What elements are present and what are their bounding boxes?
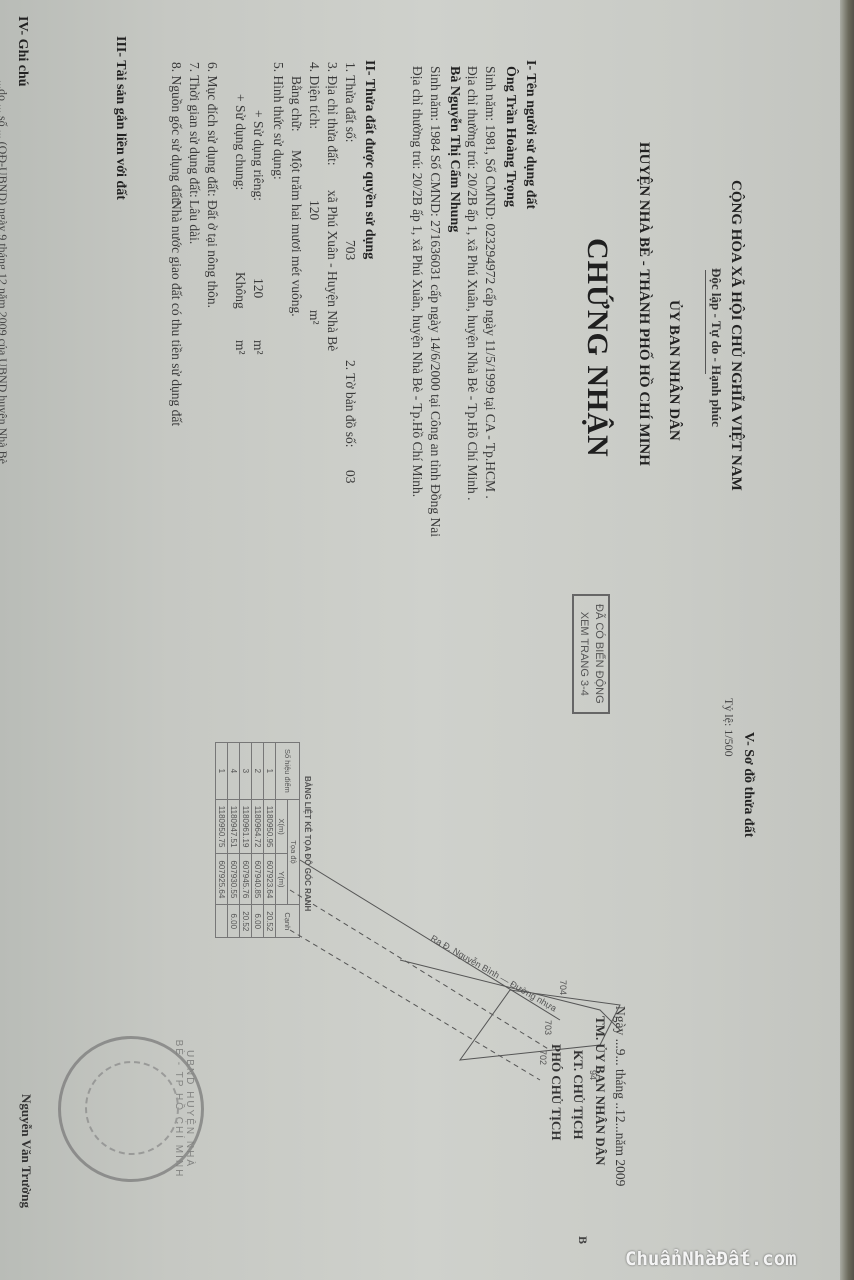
- official-seal: UBND HUYỆN NHÀ BÈ - TP HỒ CHÍ MINH: [58, 1036, 204, 1182]
- cell-x: 1180950.75: [216, 799, 228, 854]
- road-dash-line: [290, 930, 540, 1080]
- private-use-unit: m²: [250, 340, 266, 355]
- purpose-label: 6. Mục đích sử dụng đất:: [204, 62, 220, 197]
- cell-x: 1180961.19: [240, 799, 252, 854]
- cell-point: 3: [240, 743, 252, 800]
- map-sheet-value: 03: [342, 470, 358, 484]
- cell-y: 607923.64: [264, 854, 276, 905]
- signature-on-behalf: TM. ỦY BAN NHÂN DÂN: [592, 1016, 608, 1165]
- shared-use-unit: m²: [232, 340, 248, 355]
- cell-y: 607940.85: [252, 854, 264, 905]
- section-5-heading: V- Sơ đồ thửa đất: [740, 732, 756, 837]
- usage-form-label: 5. Hình thức sử dụng:: [270, 62, 286, 180]
- parcel-address-label: 3. Địa chỉ thửa đất:: [324, 62, 340, 166]
- signature-position: PHÓ CHỦ TỊCH: [548, 1044, 564, 1141]
- parcel-address-value: xã Phú Xuân - Huyện Nhà Bè: [324, 190, 340, 351]
- watermark: ChuẩnNhàĐất.com: [625, 1248, 797, 1270]
- duration-value: Lâu dài.: [186, 200, 202, 244]
- certificate-title: CHỨNG NHẬN: [580, 238, 614, 458]
- cell-y: 607930.55: [228, 854, 240, 905]
- parcel-number-label: 1. Thửa đất số:: [342, 62, 358, 143]
- owner-1-name: Ông Trần Hoàng Trọng: [502, 66, 518, 207]
- changes-stamp: ĐÃ CÓ BIẾN ĐỘNG XEM TRANG 3-4: [572, 594, 610, 714]
- parcel-label-703: 703: [543, 1020, 553, 1035]
- purpose-value: Đất ở tại nông thôn.: [204, 200, 220, 308]
- table-row: 41180947.51607930.556.00: [228, 743, 240, 938]
- area-unit: m²: [306, 310, 322, 325]
- shared-use-value: Không: [232, 272, 248, 309]
- private-use-value: 120: [250, 278, 266, 298]
- changes-stamp-line-2: XEM TRANG 3-4: [576, 604, 591, 704]
- road-dash-line: [290, 890, 550, 1050]
- cell-point: 4: [228, 743, 240, 800]
- cell-point: 1: [264, 743, 276, 800]
- owner-1-address: Địa chỉ thường trú: 20/2B ấp 1, xã Phú X…: [464, 66, 480, 501]
- signature-date: Ngày ...9... tháng ..12...năm 2009: [612, 1006, 628, 1186]
- origin-value: Nhà nước giao đất có thu tiền sử dụng đấ…: [168, 200, 184, 426]
- section-2-heading: II- Thửa đất được quyền sử dụng: [361, 60, 377, 259]
- owner-2-id: Sinh năm: 1984 Số CMND: 271636031 cấp ng…: [427, 66, 443, 537]
- motto-underline: [705, 270, 706, 374]
- table-row: 21180964.72607940.856.00: [252, 743, 264, 938]
- district-heading: HUYỆN NHÀ BÈ - THÀNH PHỐ HỒ CHÍ MINH: [635, 142, 652, 466]
- area-label: 4. Diện tích:: [306, 62, 322, 129]
- cell-edge: 6.00: [228, 905, 240, 938]
- committee-heading: ỦY BAN NHÂN DÂN: [665, 300, 682, 441]
- changes-stamp-line-1: ĐÃ CÓ BIẾN ĐỘNG: [591, 604, 606, 704]
- cell-edge: 20.52: [264, 905, 276, 938]
- signer-name: Nguyễn Văn Trường: [18, 1094, 34, 1208]
- parcel-number-value: 703: [342, 240, 358, 260]
- lot-front-line: [400, 960, 620, 1030]
- north-arrow-label: B: [575, 1236, 590, 1244]
- table-edge: [840, 0, 854, 1280]
- map-sheet-label: 2. Tờ bản đồ số:: [342, 360, 358, 448]
- section-4-note: ...do ... số ... (QĐ-UBND) ngày 9 tháng …: [0, 80, 10, 464]
- owner-2-address: Địa chỉ thường trú: 20/2B ấp 1, xã Phú X…: [409, 66, 425, 497]
- private-use-label: + Sử dụng riêng:: [250, 110, 266, 201]
- section-1-heading: I- Tên người sử dụng đất: [522, 60, 538, 209]
- land-use-certificate: CỘNG HÒA XÃ HỘI CHỦ NGHĨA VIỆT NAM Độc l…: [0, 0, 840, 1280]
- cell-x: 1180950.95: [264, 799, 276, 854]
- cell-x: 1180947.51: [228, 799, 240, 854]
- signature-kt: KT. CHỦ TỊCH: [570, 1050, 586, 1139]
- cell-y: 607925.64: [216, 854, 228, 905]
- parcel-label-704: 704: [558, 980, 568, 995]
- cell-edge: [216, 905, 228, 938]
- header-point: Số hiệu điểm: [276, 743, 300, 800]
- table-row: 11180950.95607923.6420.52: [264, 743, 276, 938]
- road-label: Ra Đ. Nguyễn Bình — Đường nhựa: [429, 933, 558, 1013]
- cell-edge: 6.00: [252, 905, 264, 938]
- owner-1-id: Sinh năm: 1981, Số CMND: 023294972 cấp n…: [482, 66, 498, 499]
- cell-y: 607945.76: [240, 854, 252, 905]
- table-row: 11180950.75607925.64: [216, 743, 228, 938]
- duration-label: 7. Thời gian sử dụng đất:: [186, 62, 202, 198]
- owner-2-name: Bà Nguyễn Thị Cẩm Nhung: [446, 66, 462, 232]
- seal-star-emblem: [85, 1061, 179, 1155]
- republic-heading: CỘNG HÒA XÃ HỘI CHỦ NGHĨA VIỆT NAM: [727, 180, 744, 491]
- map-scale: Tỷ lệ: 1/500: [721, 698, 736, 757]
- cell-point: 2: [252, 743, 264, 800]
- origin-label: 8. Nguồn gốc sử dụng đất:: [168, 62, 184, 205]
- cell-edge: 20.52: [240, 905, 252, 938]
- area-words-label: Bằng chữ:: [288, 76, 304, 132]
- area-words: Một trăm hai mươi mét vuông.: [288, 150, 304, 317]
- parcel-label-702: 702: [538, 1050, 548, 1065]
- section-4-heading: IV- Ghi chú: [14, 16, 30, 87]
- table-row: 31180961.19607945.7620.52: [240, 743, 252, 938]
- cell-point: 1: [216, 743, 228, 800]
- section-3-heading: III- Tài sản gắn liền với đất: [112, 36, 128, 200]
- shared-use-label: + Sử dụng chung:: [232, 94, 248, 190]
- motto: Độc lập - Tự do - Hạnh phúc: [708, 268, 724, 427]
- area-value: 120: [306, 200, 322, 220]
- cell-x: 1180964.72: [252, 799, 264, 854]
